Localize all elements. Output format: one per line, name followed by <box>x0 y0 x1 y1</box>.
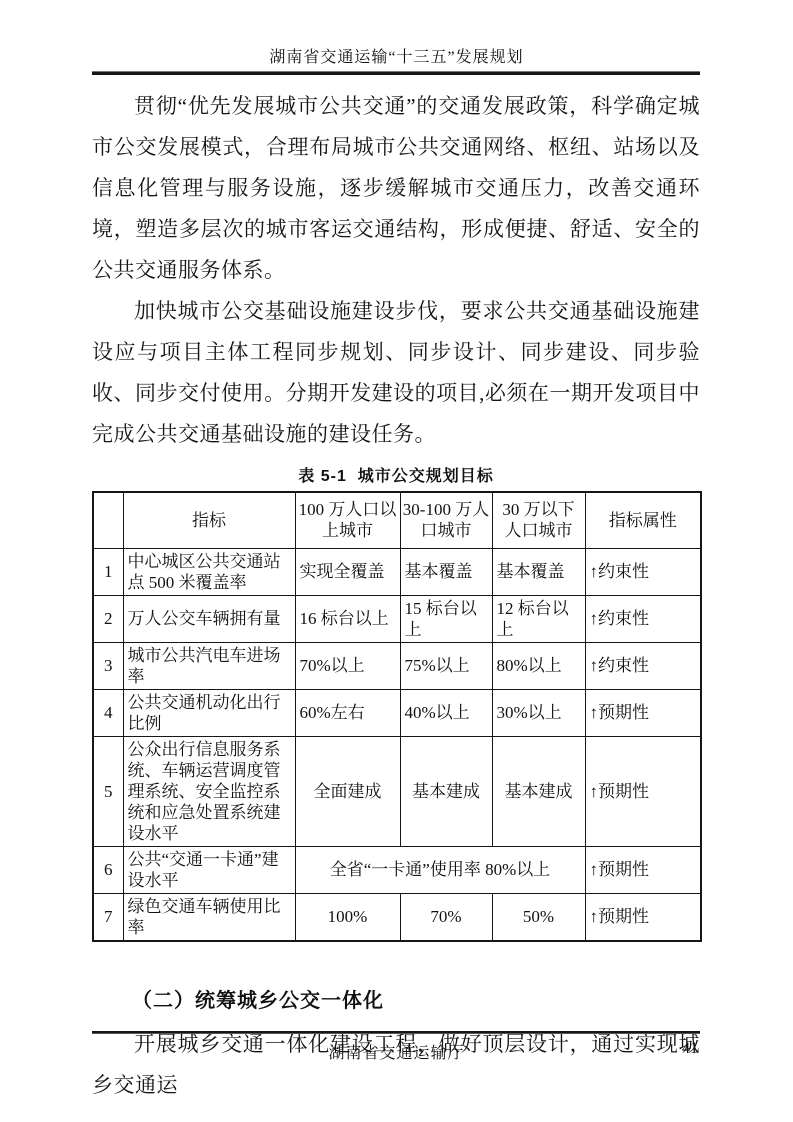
table-row: 6 公共“交通一卡通”建设水平 全省“一卡通”使用率 80%以上 ↑预期性 <box>93 846 701 893</box>
value-cell: 80%以上 <box>492 642 585 689</box>
header-rule <box>92 71 700 75</box>
attribute-cell: ↑预期性 <box>585 736 701 846</box>
table-row: 1 中心城区公共交通站点 500 米覆盖率 实现全覆盖 基本覆盖 基本覆盖 ↑约… <box>93 548 701 595</box>
attribute-cell: ↑约束性 <box>585 642 701 689</box>
value-cell: 50% <box>492 893 585 941</box>
page-number: 41 <box>682 1040 698 1058</box>
value-cell: 70%以上 <box>295 642 400 689</box>
row-number: 7 <box>93 893 123 941</box>
value-cell: 100% <box>295 893 400 941</box>
merged-value-cell: 全省“一卡通”使用率 80%以上 <box>295 846 585 893</box>
value-cell: 15 标台以上 <box>400 595 492 642</box>
city-transit-goals-table: 指标 100 万人口以上城市 30-100 万人口城市 30 万以下人口城市 指… <box>92 491 702 942</box>
section-heading: （二）统筹城乡公交一体化 <box>92 984 700 1013</box>
value-cell: 基本覆盖 <box>400 548 492 595</box>
value-cell: 基本覆盖 <box>492 548 585 595</box>
indicator-cell: 中心城区公共交通站点 500 米覆盖率 <box>123 548 295 595</box>
header-cell-index <box>93 492 123 548</box>
footer-organization: 湖南省交通运输厅 <box>0 1040 793 1063</box>
table-row: 2 万人公交车辆拥有量 16 标台以上 15 标台以上 12 标台以上 ↑约束性 <box>93 595 701 642</box>
indicator-cell: 绿色交通车辆使用比率 <box>123 893 295 941</box>
indicator-cell: 万人公交车辆拥有量 <box>123 595 295 642</box>
paragraph-2: 加快城市公交基础设施建设步伐，要求公共交通基础设施建设应与项目主体工程同步规划、… <box>92 291 700 455</box>
indicator-cell: 公共“交通一卡通”建设水平 <box>123 846 295 893</box>
attribute-cell: ↑预期性 <box>585 689 701 736</box>
table-caption: 表 5-1 城市公交规划目标 <box>92 463 700 486</box>
header-cell-city-large: 100 万人口以上城市 <box>295 492 400 548</box>
header-cell-indicator: 指标 <box>123 492 295 548</box>
value-cell: 12 标台以上 <box>492 595 585 642</box>
value-cell: 75%以上 <box>400 642 492 689</box>
attribute-cell: ↑预期性 <box>585 846 701 893</box>
table-header-row: 指标 100 万人口以上城市 30-100 万人口城市 30 万以下人口城市 指… <box>93 492 701 548</box>
row-number: 4 <box>93 689 123 736</box>
document-page: 湖南省交通运输“十三五”发展规划 贯彻“优先发展城市公共交通”的交通发展政策，科… <box>0 0 793 1122</box>
row-number: 5 <box>93 736 123 846</box>
indicator-cell: 公众出行信息服务系统、车辆运营调度管理系统、安全监控系统和应急处置系统建设水平 <box>123 736 295 846</box>
value-cell: 60%左右 <box>295 689 400 736</box>
paragraph-3: 开展城乡交通一体化建设工程，做好顶层设计，通过实现城乡交通运 <box>92 1024 700 1106</box>
header-cell-attribute: 指标属性 <box>585 492 701 548</box>
table-row: 3 城市公共汽电车进场率 70%以上 75%以上 80%以上 ↑约束性 <box>93 642 701 689</box>
table-row: 4 公共交通机动化出行比例 60%左右 40%以上 30%以上 ↑预期性 <box>93 689 701 736</box>
table-row: 5 公众出行信息服务系统、车辆运营调度管理系统、安全监控系统和应急处置系统建设水… <box>93 736 701 846</box>
row-number: 1 <box>93 548 123 595</box>
value-cell: 40%以上 <box>400 689 492 736</box>
paragraph-1: 贯彻“优先发展城市公共交通”的交通发展政策，科学确定城市公交发展模式，合理布局城… <box>92 86 700 291</box>
value-cell: 30%以上 <box>492 689 585 736</box>
footer-rule <box>92 1031 700 1034</box>
attribute-cell: ↑预期性 <box>585 893 701 941</box>
row-number: 2 <box>93 595 123 642</box>
value-cell: 基本建成 <box>400 736 492 846</box>
page-content: 贯彻“优先发展城市公共交通”的交通发展政策，科学确定城市公交发展模式，合理布局城… <box>92 86 700 1106</box>
value-cell: 全面建成 <box>295 736 400 846</box>
value-cell: 基本建成 <box>492 736 585 846</box>
indicator-cell: 公共交通机动化出行比例 <box>123 689 295 736</box>
indicator-cell: 城市公共汽电车进场率 <box>123 642 295 689</box>
attribute-cell: ↑约束性 <box>585 595 701 642</box>
value-cell: 16 标台以上 <box>295 595 400 642</box>
header-cell-city-medium: 30-100 万人口城市 <box>400 492 492 548</box>
header-cell-city-small: 30 万以下人口城市 <box>492 492 585 548</box>
value-cell: 实现全覆盖 <box>295 548 400 595</box>
attribute-cell: ↑约束性 <box>585 548 701 595</box>
row-number: 6 <box>93 846 123 893</box>
row-number: 3 <box>93 642 123 689</box>
table-row: 7 绿色交通车辆使用比率 100% 70% 50% ↑预期性 <box>93 893 701 941</box>
page-header-title: 湖南省交通运输“十三五”发展规划 <box>0 44 793 67</box>
value-cell: 70% <box>400 893 492 941</box>
